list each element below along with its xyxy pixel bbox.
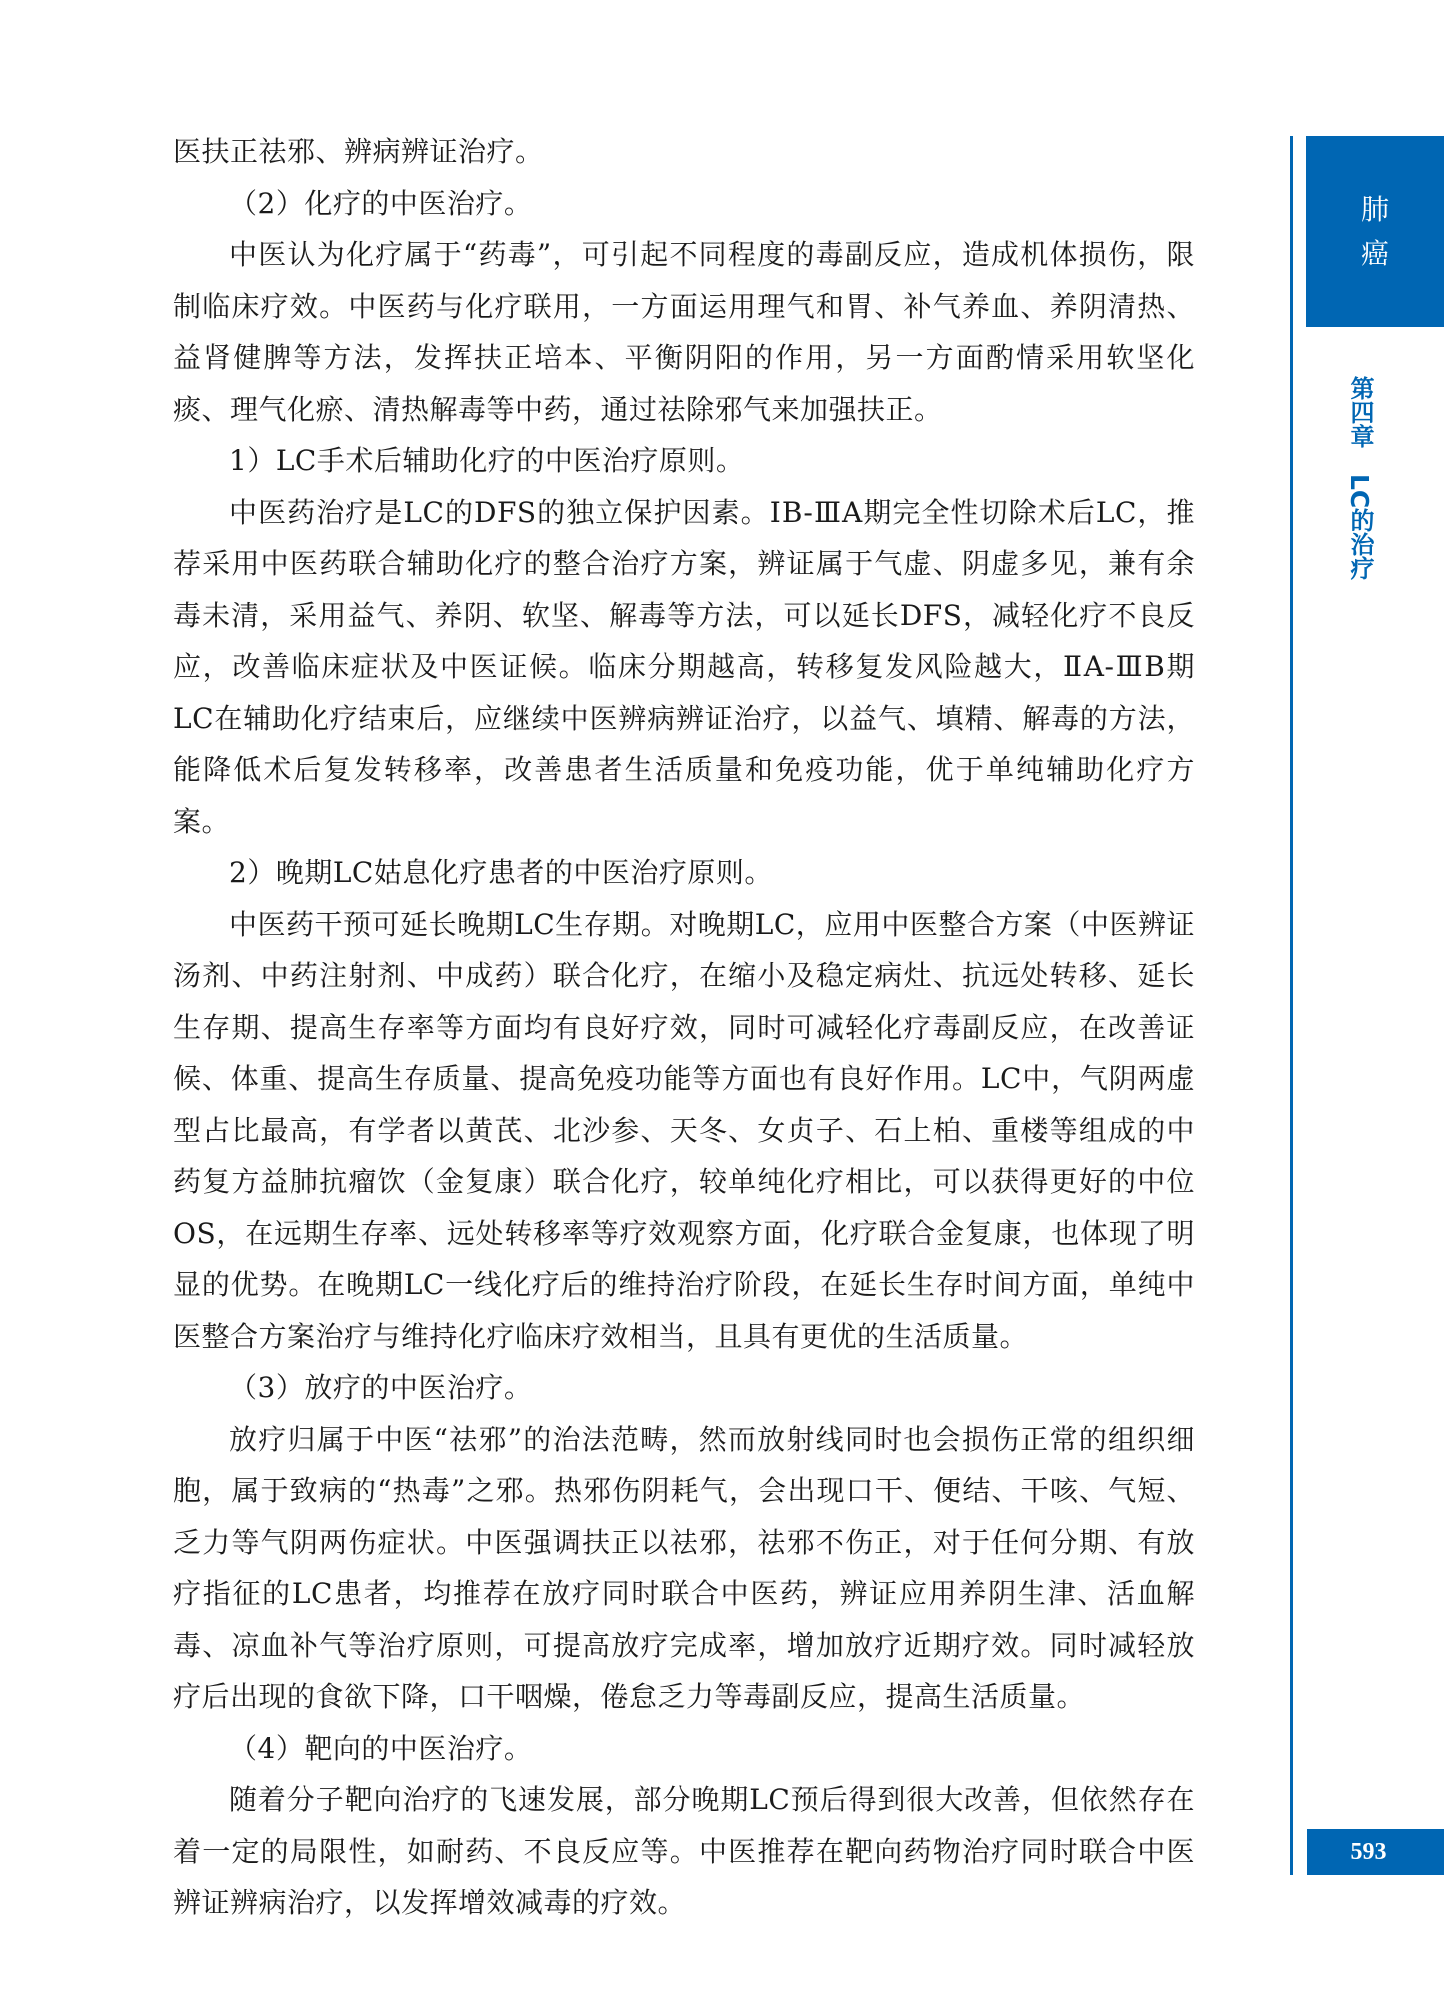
paragraph-radiotherapy: 放疗归属于中医“祛邪”的治法范畴，然而放射线同时也会损伤正常的组织细胞，属于致病… [173, 1414, 1195, 1723]
chapter-label: 第四章 [1346, 376, 1373, 448]
page-number: 593 [1307, 1829, 1444, 1875]
body-text: 医扶正祛邪、辨病辨证治疗。 （2）化疗的中医治疗。 中医认为化疗属于“药毒”，可… [173, 126, 1195, 1929]
section-tab-char: 癌 [1361, 232, 1389, 276]
section-tab-char: 肺 [1361, 188, 1389, 232]
heading-radiotherapy-tcm: （3）放疗的中医治疗。 [173, 1362, 1195, 1414]
section-tab: 肺 癌 [1306, 136, 1444, 327]
heading-chemo-tcm: （2）化疗的中医治疗。 [173, 178, 1195, 230]
subheading-adjuvant: 1）LC手术后辅助化疗的中医治疗原则。 [173, 435, 1195, 487]
heading-targeted-tcm: （4）靶向的中医治疗。 [173, 1723, 1195, 1775]
subheading-palliative: 2）晚期LC姑息化疗患者的中医治疗原则。 [173, 847, 1195, 899]
paragraph-targeted: 随着分子靶向治疗的飞速发展，部分晚期LC预后得到很大改善，但依然存在着一定的局限… [173, 1774, 1195, 1929]
paragraph-palliative: 中医药干预可延长晚期LC生存期。对晚期LC，应用中医整合方案（中医辨证汤剂、中药… [173, 899, 1195, 1363]
paragraph-adjuvant: 中医药治疗是LC的DFS的独立保护因素。ⅠB-ⅢA期完全性切除术后LC，推荐采用… [173, 487, 1195, 848]
paragraph-chemo-tcm: 中医认为化疗属于“药毒”，可引起不同程度的毒副反应，造成机体损伤，限制临床疗效。… [173, 229, 1195, 435]
paragraph-continuation: 医扶正祛邪、辨病辨证治疗。 [173, 126, 1195, 178]
margin-divider-line [1290, 136, 1293, 1875]
chapter-title-latin: LC [1346, 474, 1373, 508]
chapter-title: 的治疗 [1346, 508, 1373, 580]
chapter-running-head: 第四章 LC 的治疗 [1346, 376, 1386, 580]
